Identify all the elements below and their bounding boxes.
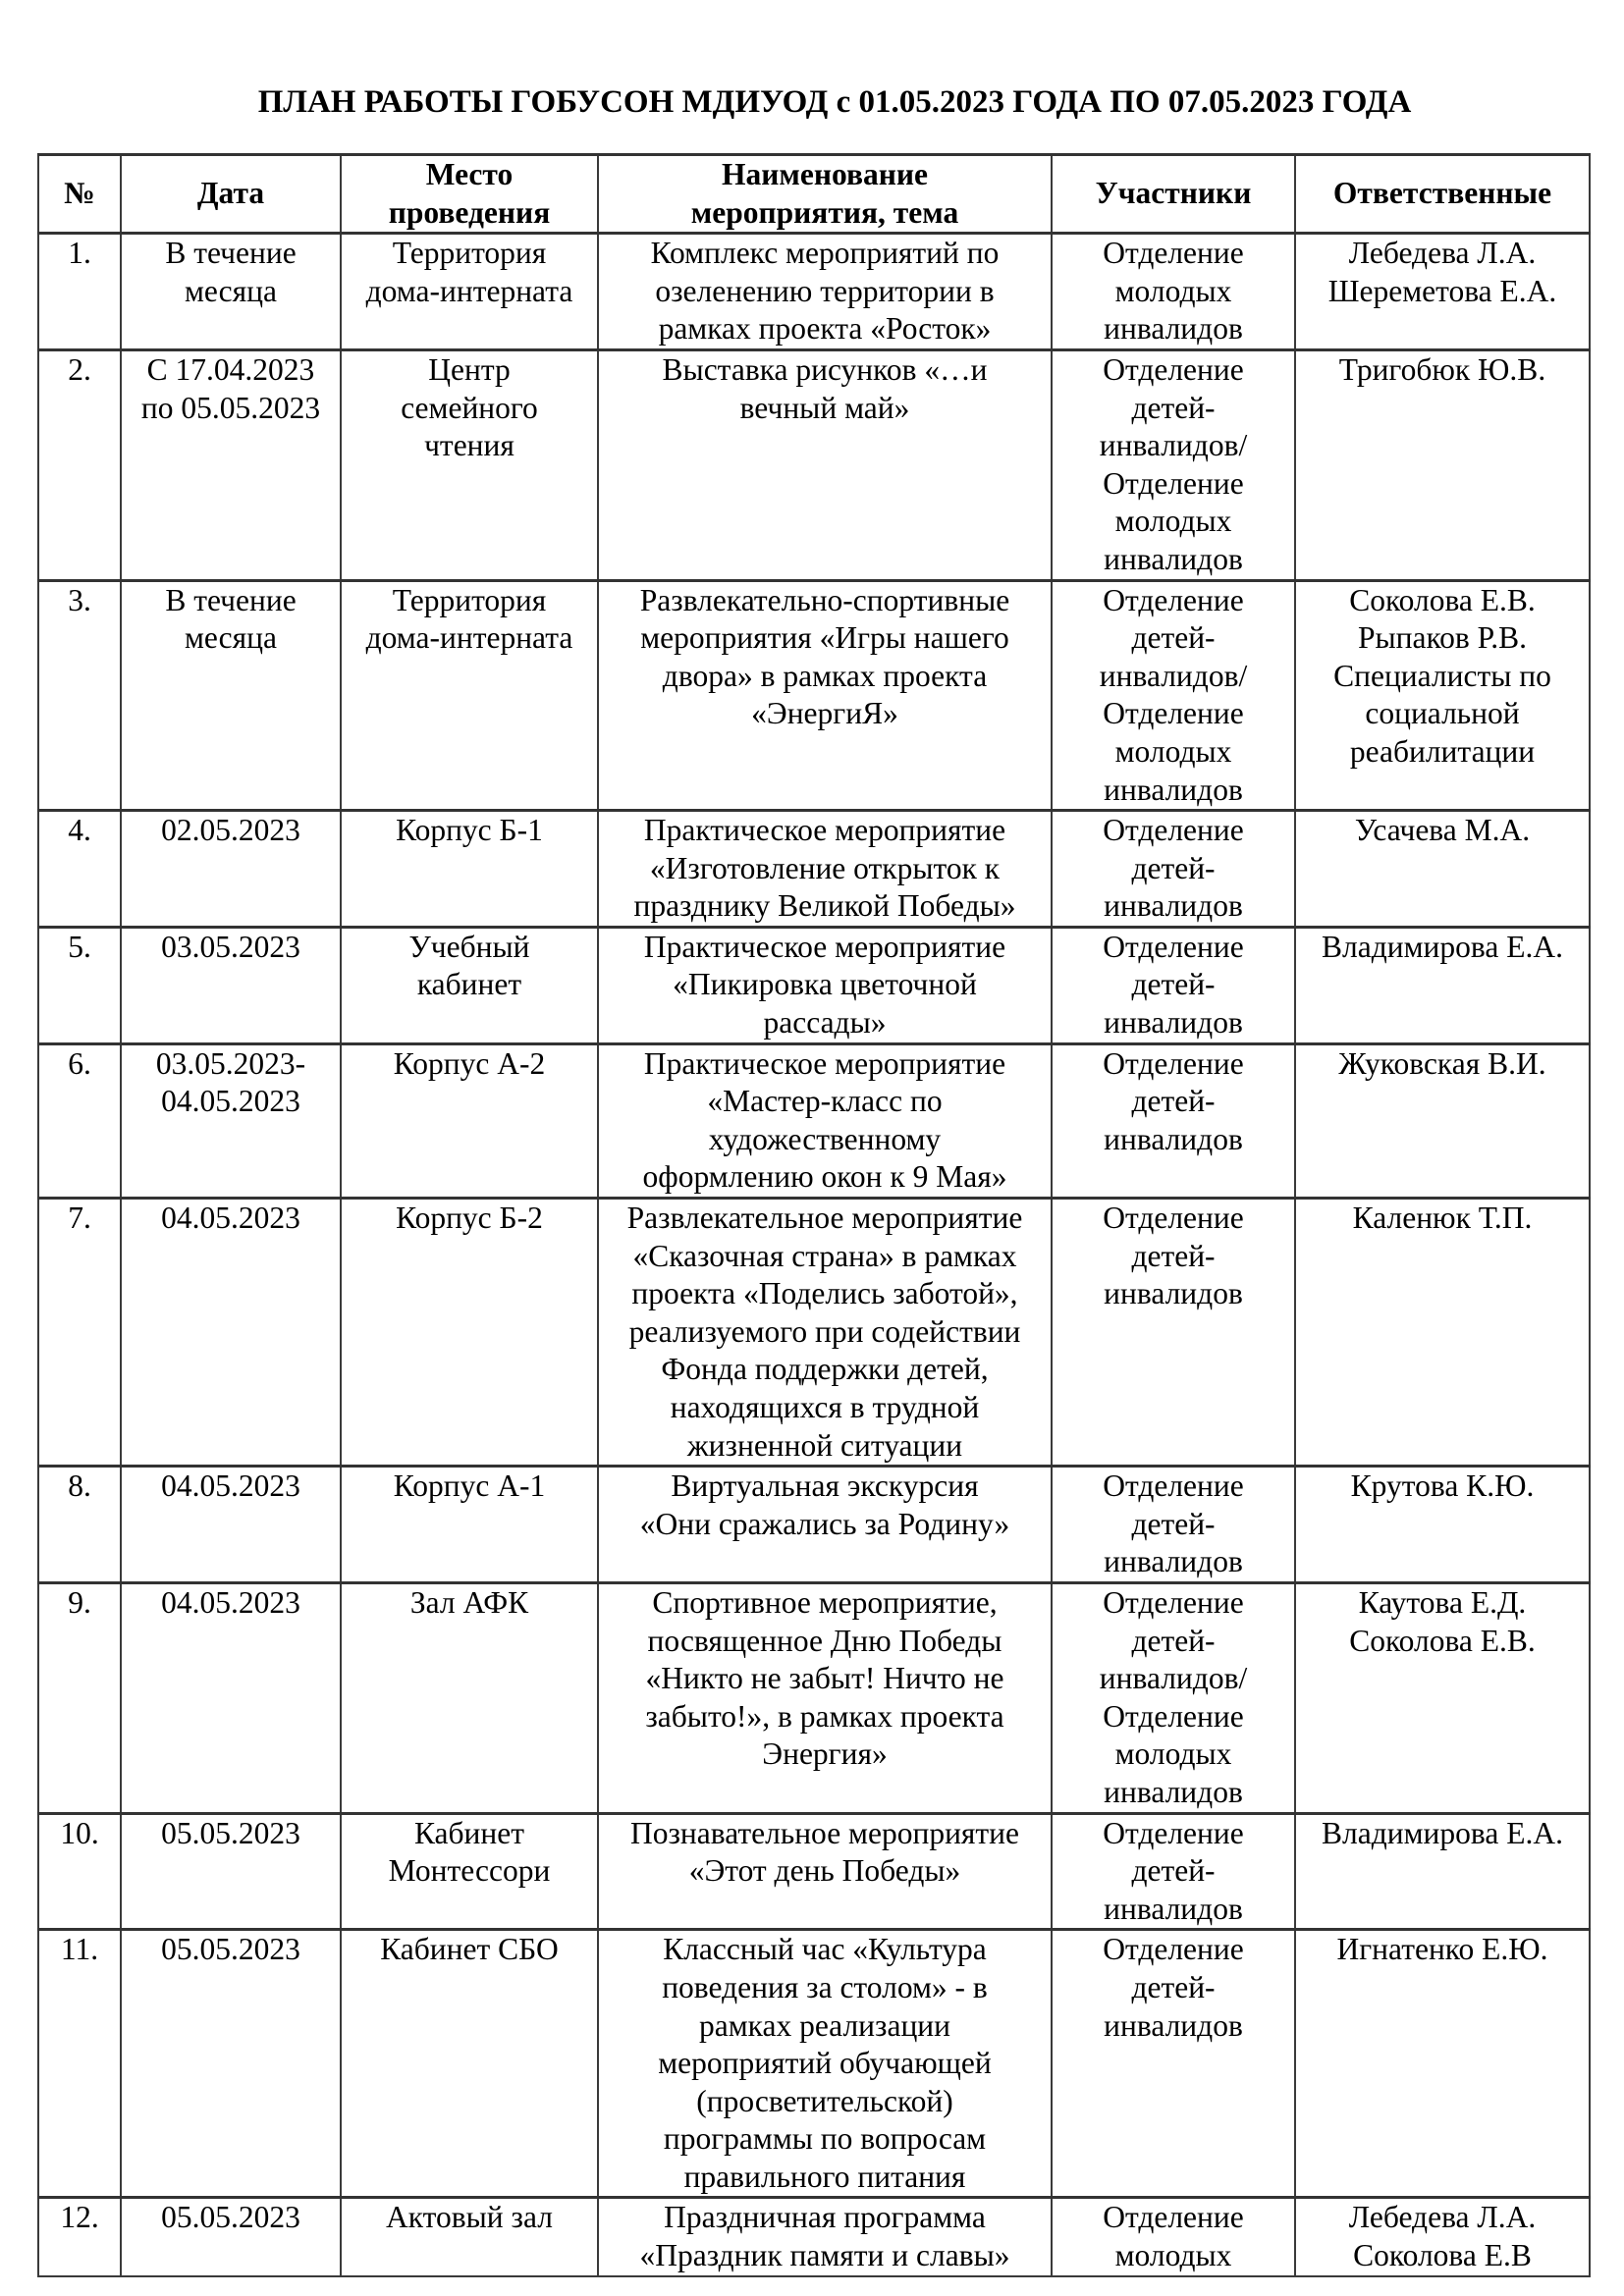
cell-text-line: 04.05.2023 (126, 1200, 336, 1238)
cell-place: КабинетМонтессори (341, 1813, 598, 1930)
cell-text-line: дома-интерната (346, 619, 593, 658)
header-text-line: Дата (126, 175, 336, 213)
cell-text-line: по 05.05.2023 (126, 390, 336, 428)
cell-text-line: Корпус Б-1 (346, 812, 593, 850)
cell-text-line: реализуемого при содействии (603, 1313, 1047, 1352)
cell-text-line: Каутова Е.Д. (1300, 1584, 1585, 1623)
cell-event: Практическое мероприятие«Пикировка цвето… (598, 927, 1052, 1043)
cell-responsible: Владимирова Е.А. (1295, 1813, 1590, 1930)
cell-place: Корпус Б-1 (341, 811, 598, 928)
cell-text-line: Фонда поддержки детей, (603, 1351, 1047, 1389)
cell-text-line: 5. (43, 929, 116, 967)
cell-text-line: рамках реализации (603, 2007, 1047, 2046)
cell-date: 04.05.2023 (121, 1467, 341, 1583)
cell-text-line: инвалидов (1056, 772, 1290, 810)
cell-text-line: детей- (1056, 619, 1290, 658)
cell-text-line: Усачева М.А. (1300, 812, 1585, 850)
cell-text-line: Отделение (1056, 695, 1290, 733)
cell-date: 04.05.2023 (121, 1199, 341, 1467)
cell-text-line: Выставка рисунков «…и (603, 351, 1047, 390)
document-title: ПЛАН РАБОТЫ ГОБУСОН МДИУОД с 01.05.2023 … (0, 82, 1624, 122)
cell-text-line: инвалидов (1056, 2007, 1290, 2046)
cell-text-line: 2. (43, 351, 116, 390)
cell-place: Зал АФК (341, 1582, 598, 1813)
cell-text-line: Крутова К.Ю. (1300, 1468, 1585, 1506)
cell-text-line: месяца (126, 273, 336, 311)
cell-text-line: Практическое мероприятие (603, 929, 1047, 967)
cell-text-line: детей- (1056, 966, 1290, 1004)
cell-responsible: Каленюк Т.П. (1295, 1199, 1590, 1467)
cell-text-line: 03.05.2023- (126, 1045, 336, 1084)
cell-text-line: молодых (1056, 2237, 1290, 2275)
cell-participants: Отделениедетей-инвалидов (1052, 1467, 1295, 1583)
cell-text-line: озеленению территории в (603, 273, 1047, 311)
table-row: 3.В течениемесяцаТерриториядома-интернат… (38, 580, 1590, 811)
cell-text-line: 05.05.2023 (126, 1815, 336, 1853)
cell-text-line: Отделение (1056, 235, 1290, 273)
cell-text-line: 6. (43, 1045, 116, 1084)
cell-participants: Отделениедетей-инвалидов/Отделениемолоды… (1052, 349, 1295, 580)
cell-number: 5. (38, 927, 121, 1043)
cell-text-line: «ЭнергиЯ» (603, 695, 1047, 733)
cell-number: 9. (38, 1582, 121, 1813)
cell-text-line: «Мастер-класс по (603, 1083, 1047, 1121)
cell-text-line: празднику Великой Победы» (603, 887, 1047, 926)
cell-responsible: Жуковская В.И. (1295, 1043, 1590, 1198)
cell-responsible: Крутова К.Ю. (1295, 1467, 1590, 1583)
cell-text-line: детей- (1056, 850, 1290, 888)
cell-text-line: социальной (1300, 695, 1585, 733)
cell-participants: Отделениедетей-инвалидов (1052, 1043, 1295, 1198)
cell-text-line: Игнатенко Е.Ю. (1300, 1931, 1585, 1969)
cell-participants: Отделениемолодыхинвалидов (1052, 234, 1295, 350)
cell-text-line: молодых (1056, 273, 1290, 311)
cell-text-line: Практическое мероприятие (603, 1045, 1047, 1084)
cell-date: 05.05.2023 (121, 1813, 341, 1930)
cell-participants: Отделениедетей-инвалидов (1052, 1930, 1295, 2198)
cell-text-line: 03.05.2023 (126, 929, 336, 967)
cell-text-line: Корпус Б-2 (346, 1200, 593, 1238)
cell-text-line: инвалидов (1056, 1543, 1290, 1581)
cell-place: Учебныйкабинет (341, 927, 598, 1043)
cell-text-line: Практическое мероприятие (603, 812, 1047, 850)
cell-text-line: Отделение (1056, 1200, 1290, 1238)
cell-text-line: вечный май» (603, 390, 1047, 428)
table-row: 7.04.05.2023Корпус Б-2Развлекательное ме… (38, 1199, 1590, 1467)
cell-place: Корпус Б-2 (341, 1199, 598, 1467)
cell-number: 3. (38, 580, 121, 811)
cell-text-line: забыто!», в рамках проекта (603, 1698, 1047, 1736)
cell-date: 03.05.2023-04.05.2023 (121, 1043, 341, 1198)
header-text-line: мероприятия, тема (603, 194, 1047, 233)
cell-text-line: 05.05.2023 (126, 1931, 336, 1969)
cell-text-line: двора» в рамках проекта (603, 658, 1047, 696)
cell-number: 7. (38, 1199, 121, 1467)
cell-text-line: Отделение (1056, 1468, 1290, 1506)
cell-date: В течениемесяца (121, 234, 341, 350)
cell-text-line: 05.05.2023 (126, 2199, 336, 2237)
cell-text-line: «Пикировка цветочной (603, 966, 1047, 1004)
header-place: Местопроведения (341, 155, 598, 234)
cell-text-line: Развлекательно-спортивные (603, 582, 1047, 620)
cell-responsible: Игнатенко Е.Ю. (1295, 1930, 1590, 2198)
cell-date: 02.05.2023 (121, 811, 341, 928)
cell-text-line: поведения за столом» - в (603, 1969, 1047, 2007)
cell-place: Территориядома-интерната (341, 580, 598, 811)
cell-text-line: рассады» (603, 1004, 1047, 1042)
cell-text-line: мероприятия «Игры нашего (603, 619, 1047, 658)
cell-number: 10. (38, 1813, 121, 1930)
cell-text-line: Отделение (1056, 1045, 1290, 1084)
cell-place: Центрсемейногочтения (341, 349, 598, 580)
cell-text-line: Монтессори (346, 1852, 593, 1891)
cell-text-line: Отделение (1056, 465, 1290, 504)
cell-text-line: инвалидов (1056, 1004, 1290, 1042)
cell-event: Познавательное мероприятие«Этот день Поб… (598, 1813, 1052, 1930)
cell-text-line: Отделение (1056, 2199, 1290, 2237)
cell-text-line: 9. (43, 1584, 116, 1623)
cell-text-line: Отделение (1056, 1815, 1290, 1853)
cell-text-line: 11. (43, 1931, 116, 1969)
cell-text-line: Владимирова Е.А. (1300, 1815, 1585, 1853)
table-row: 4.02.05.2023Корпус Б-1Практическое мероп… (38, 811, 1590, 928)
cell-text-line: Отделение (1056, 1931, 1290, 1969)
cell-responsible: Владимирова Е.А. (1295, 927, 1590, 1043)
cell-text-line: проекта «Поделись заботой», (603, 1275, 1047, 1313)
cell-participants: Отделениедетей-инвалидов/Отделениемолоды… (1052, 580, 1295, 811)
cell-responsible: Каутова Е.Д.Соколова Е.В. (1295, 1582, 1590, 1813)
cell-text-line: Классный час «Культура (603, 1931, 1047, 1969)
cell-text-line: детей- (1056, 1852, 1290, 1891)
cell-text-line: Корпус А-1 (346, 1468, 593, 1506)
cell-text-line: Зал АФК (346, 1584, 593, 1623)
cell-text-line: Специалисты по (1300, 658, 1585, 696)
table-row: 1.В течениемесяцаТерриториядома-интернат… (38, 234, 1590, 350)
cell-text-line: Кабинет (346, 1815, 593, 1853)
cell-text-line: В течение (126, 235, 336, 273)
cell-text-line: детей- (1056, 1506, 1290, 1544)
cell-event: Классный час «Культураповедения за столо… (598, 1930, 1052, 2198)
cell-text-line: Познавательное мероприятие (603, 1815, 1047, 1853)
cell-number: 8. (38, 1467, 121, 1583)
cell-text-line: инвалидов (1056, 541, 1290, 579)
cell-text-line: Спортивное мероприятие, (603, 1584, 1047, 1623)
header-text-line: № (43, 175, 116, 213)
header-date: Дата (121, 155, 341, 234)
cell-text-line: детей- (1056, 390, 1290, 428)
cell-date: 05.05.2023 (121, 1930, 341, 2198)
cell-text-line: Отделение (1056, 1698, 1290, 1736)
cell-place: Корпус А-2 (341, 1043, 598, 1198)
cell-text-line: 10. (43, 1815, 116, 1853)
cell-event: Спортивное мероприятие,посвященное Дню П… (598, 1582, 1052, 1813)
cell-text-line: Комплекс мероприятий по (603, 235, 1047, 273)
cell-text-line: «Никто не забыт! Ничто не (603, 1660, 1047, 1698)
cell-responsible: Лебедева Л.А.Шереметова Е.А. (1295, 234, 1590, 350)
cell-participants: Отделениедетей-инвалидов (1052, 1813, 1295, 1930)
cell-text-line: художественному (603, 1121, 1047, 1159)
cell-text-line: Отделение (1056, 929, 1290, 967)
cell-date: 04.05.2023 (121, 1582, 341, 1813)
table-row: 8.04.05.2023Корпус А-1Виртуальная экскур… (38, 1467, 1590, 1583)
cell-date: В течениемесяца (121, 580, 341, 811)
cell-text-line: инвалидов/ (1056, 658, 1290, 696)
cell-date: С 17.04.2023по 05.05.2023 (121, 349, 341, 580)
cell-text-line: «Праздник памяти и славы» (603, 2237, 1047, 2275)
cell-event: Праздничная программа«Праздник памяти и … (598, 2198, 1052, 2276)
cell-text-line: Территория (346, 235, 593, 273)
cell-text-line: молодых (1056, 503, 1290, 541)
cell-participants: Отделениедетей-инвалидов (1052, 1199, 1295, 1467)
cell-text-line: Каленюк Т.П. (1300, 1200, 1585, 1238)
cell-number: 6. (38, 1043, 121, 1198)
cell-event: Развлекательно-спортивныемероприятия «Иг… (598, 580, 1052, 811)
cell-text-line: инвалидов (1056, 1774, 1290, 1812)
cell-text-line: находящихся в трудной (603, 1389, 1047, 1427)
cell-participants: Отделениедетей-инвалидов (1052, 927, 1295, 1043)
cell-text-line: жизненной ситуации (603, 1427, 1047, 1466)
cell-place: Корпус А-1 (341, 1467, 598, 1583)
cell-place: Территориядома-интерната (341, 234, 598, 350)
cell-date: 03.05.2023 (121, 927, 341, 1043)
cell-date: 05.05.2023 (121, 2198, 341, 2276)
cell-text-line: Учебный (346, 929, 593, 967)
cell-text-line: 1. (43, 235, 116, 273)
table-row: 12.05.05.2023Актовый залПраздничная прог… (38, 2198, 1590, 2276)
table-row: 9.04.05.2023Зал АФКСпортивное мероприяти… (38, 1582, 1590, 1813)
cell-text-line: 7. (43, 1200, 116, 1238)
cell-text-line: «Они сражались за Родину» (603, 1506, 1047, 1544)
cell-text-line: инвалидов/ (1056, 427, 1290, 465)
cell-text-line: дома-интерната (346, 273, 593, 311)
cell-text-line: 4. (43, 812, 116, 850)
cell-text-line: инвалидов (1056, 887, 1290, 926)
cell-event: Выставка рисунков «…ивечный май» (598, 349, 1052, 580)
cell-event: Виртуальная экскурсия«Они сражались за Р… (598, 1467, 1052, 1583)
cell-text-line: Жуковская В.И. (1300, 1045, 1585, 1084)
table-body: 1.В течениемесяцаТерриториядома-интернат… (38, 234, 1590, 2276)
cell-text-line: Энергия» (603, 1735, 1047, 1774)
cell-text-line: Соколова Е.В. (1300, 582, 1585, 620)
header-responsible: Ответственные (1295, 155, 1590, 234)
cell-text-line: 04.05.2023 (126, 1083, 336, 1121)
cell-text-line: Отделение (1056, 1584, 1290, 1623)
cell-text-line: Лебедева Л.А. (1300, 2199, 1585, 2237)
cell-text-line: Развлекательное мероприятие (603, 1200, 1047, 1238)
table-header-row: №ДатаМестопроведенияНаименованиемероприя… (38, 155, 1590, 234)
cell-text-line: Виртуальная экскурсия (603, 1468, 1047, 1506)
cell-text-line: 12. (43, 2199, 116, 2237)
cell-text-line: Тригобюк Ю.В. (1300, 351, 1585, 390)
cell-number: 12. (38, 2198, 121, 2276)
cell-text-line: программы по вопросам (603, 2120, 1047, 2159)
cell-event: Практическое мероприятие«Изготовление от… (598, 811, 1052, 928)
cell-event: Комплекс мероприятий поозеленению террит… (598, 234, 1052, 350)
header-text-line: Место (346, 156, 593, 194)
cell-text-line: В течение (126, 582, 336, 620)
header-event: Наименованиемероприятия, тема (598, 155, 1052, 234)
cell-text-line: С 17.04.2023 (126, 351, 336, 390)
cell-participants: Отделениедетей-инвалидов/Отделениемолоды… (1052, 1582, 1295, 1813)
cell-text-line: «Этот день Победы» (603, 1852, 1047, 1891)
cell-text-line: детей- (1056, 1623, 1290, 1661)
cell-text-line: 8. (43, 1468, 116, 1506)
cell-text-line: Владимирова Е.А. (1300, 929, 1585, 967)
cell-number: 2. (38, 349, 121, 580)
cell-responsible: Усачева М.А. (1295, 811, 1590, 928)
cell-responsible: Соколова Е.В.Рыпаков Р.В.Специалисты пос… (1295, 580, 1590, 811)
cell-text-line: инвалидов (1056, 1275, 1290, 1313)
header-text-line: Наименование (603, 156, 1047, 194)
cell-text-line: Лебедева Л.А. (1300, 235, 1585, 273)
cell-text-line: молодых (1056, 733, 1290, 772)
cell-text-line: 3. (43, 582, 116, 620)
cell-text-line: Территория (346, 582, 593, 620)
cell-text-line: чтения (346, 427, 593, 465)
cell-number: 4. (38, 811, 121, 928)
table-row: 5.03.05.2023УчебныйкабинетПрактическое м… (38, 927, 1590, 1043)
cell-text-line: детей- (1056, 1969, 1290, 2007)
header-text-line: проведения (346, 194, 593, 233)
cell-text-line: инвалидов (1056, 1121, 1290, 1159)
table-row: 6.03.05.2023-04.05.2023Корпус А-2Практич… (38, 1043, 1590, 1198)
cell-text-line: рамках проекта «Росток» (603, 310, 1047, 348)
cell-text-line: правильного питания (603, 2159, 1047, 2197)
cell-text-line: семейного (346, 390, 593, 428)
table-row: 2.С 17.04.2023по 05.05.2023Центрсемейног… (38, 349, 1590, 580)
cell-text-line: посвященное Дню Победы (603, 1623, 1047, 1661)
header-text-line: Ответственные (1300, 175, 1585, 213)
cell-event: Практическое мероприятие«Мастер-класс по… (598, 1043, 1052, 1198)
cell-number: 1. (38, 234, 121, 350)
cell-text-line: Соколова Е.В. (1300, 1623, 1585, 1661)
cell-text-line: кабинет (346, 966, 593, 1004)
cell-place: Кабинет СБО (341, 1930, 598, 2198)
cell-responsible: Тригобюк Ю.В. (1295, 349, 1590, 580)
cell-text-line: оформлению окон к 9 Мая» (603, 1158, 1047, 1197)
table-row: 10.05.05.2023КабинетМонтессориПознавател… (38, 1813, 1590, 1930)
table-row: 11.05.05.2023Кабинет СБОКлассный час «Ку… (38, 1930, 1590, 2198)
cell-place: Актовый зал (341, 2198, 598, 2276)
cell-text-line: месяца (126, 619, 336, 658)
cell-text-line: Отделение (1056, 351, 1290, 390)
cell-text-line: Соколова Е.В (1300, 2237, 1585, 2275)
cell-text-line: реабилитации (1300, 733, 1585, 772)
work-plan-table: №ДатаМестопроведенияНаименованиемероприя… (37, 153, 1591, 2277)
cell-text-line: Центр (346, 351, 593, 390)
cell-text-line: молодых (1056, 1735, 1290, 1774)
cell-event: Развлекательное мероприятие«Сказочная ст… (598, 1199, 1052, 1467)
cell-text-line: Рыпаков Р.В. (1300, 619, 1585, 658)
cell-text-line: 04.05.2023 (126, 1468, 336, 1506)
cell-text-line: инвалидов (1056, 310, 1290, 348)
cell-text-line: «Сказочная страна» в рамках (603, 1238, 1047, 1276)
cell-text-line: Актовый зал (346, 2199, 593, 2237)
cell-responsible: Лебедева Л.А.Соколова Е.В (1295, 2198, 1590, 2276)
cell-text-line: детей- (1056, 1238, 1290, 1276)
cell-text-line: (просветительской) (603, 2083, 1047, 2121)
cell-text-line: мероприятий обучающей (603, 2045, 1047, 2083)
cell-text-line: Отделение (1056, 812, 1290, 850)
cell-text-line: Отделение (1056, 582, 1290, 620)
cell-text-line: «Изготовление открыток к (603, 850, 1047, 888)
cell-text-line: Кабинет СБО (346, 1931, 593, 1969)
cell-participants: Отделениедетей-инвалидов (1052, 811, 1295, 928)
header-number: № (38, 155, 121, 234)
cell-text-line: Праздничная программа (603, 2199, 1047, 2237)
header-participants: Участники (1052, 155, 1295, 234)
cell-text-line: 02.05.2023 (126, 812, 336, 850)
header-text-line: Участники (1056, 175, 1290, 213)
cell-text-line: 04.05.2023 (126, 1584, 336, 1623)
cell-text-line: Корпус А-2 (346, 1045, 593, 1084)
cell-text-line: инвалидов (1056, 1891, 1290, 1929)
cell-text-line: Шереметова Е.А. (1300, 273, 1585, 311)
cell-text-line: инвалидов/ (1056, 1660, 1290, 1698)
cell-number: 11. (38, 1930, 121, 2198)
cell-text-line: детей- (1056, 1083, 1290, 1121)
cell-participants: Отделениемолодых (1052, 2198, 1295, 2276)
